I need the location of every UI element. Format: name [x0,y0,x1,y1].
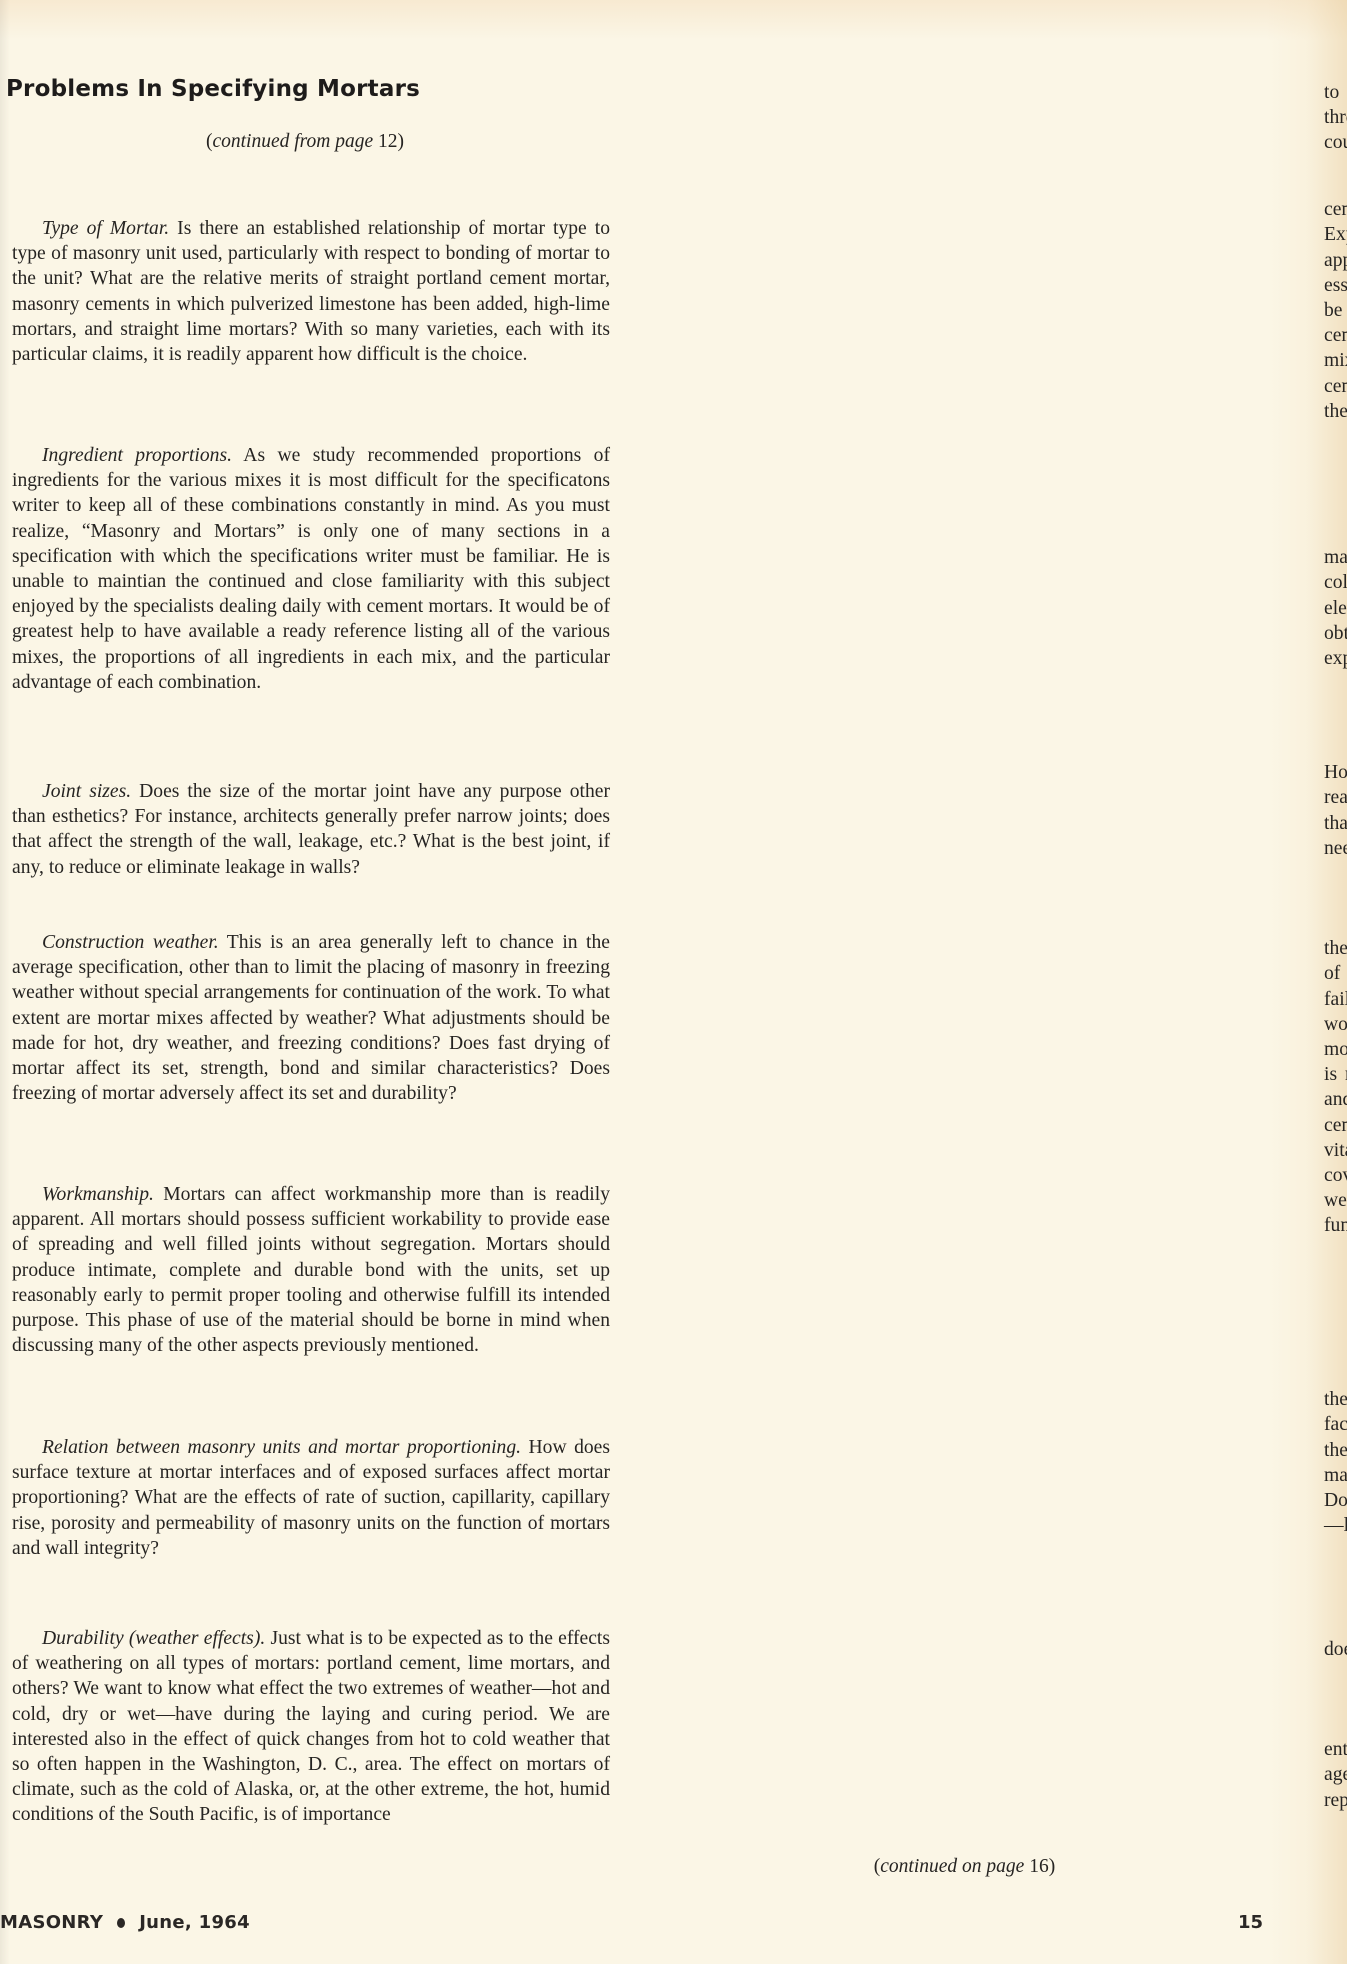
continued-from-note: (continued from page 12) [0,131,610,153]
paragraph-strength-tests: Information on strength tests. Compressi… [1324,1362,1347,1538]
paragraph-extensibility: Extensibility. Just how valuable is the … [1324,1612,1347,1662]
paragraph-leakproof-factors: Leakproof factors. We are aware that thi… [1324,911,1347,1239]
paren-close: ) [398,131,405,152]
article-title: Problems In Specifying Mortars [6,76,420,102]
paragraph-lead: Durability (weather effects). [42,1628,265,1649]
paragraph-lead: Workmanship. [42,1184,154,1205]
paragraph-type-of-mortar: Type of Mortar. Is there an established … [12,216,610,367]
paragraph-body: to us. As you realize, American construc… [1324,82,1347,153]
paragraph-body: Just how valuable is the characteristic … [1324,1614,1347,1660]
continued-on-note: (continued on page 16) [662,1856,1267,1878]
paragraph-joint-sizes: Joint sizes. Does the size of the mortar… [12,779,610,880]
paragraph-color-discoloration: Color and discoloration factors. What ar… [1324,520,1347,671]
footer-publication-line: MASONRY June, 1964 [0,1912,250,1933]
paragraph-ingredient-proportions: Ingredient proportions. As we study reco… [12,443,610,695]
paragraph-efflorescent-factors: Efflorescent factors. Just what is efflo… [1324,735,1347,861]
paragraph-lead: Relation between masonry units and morta… [42,1437,521,1458]
paragraph-lead: Type of Mortar. [42,218,169,239]
paragraph-continuation: to us. As you realize, American construc… [1324,80,1347,156]
paragraph-body: Just what is to be expected as to the ef… [12,1628,610,1825]
paragraph-body: Is there an established relationship of … [12,218,610,365]
paragraph-workmanship: Workmanship. Mortars can affect workmans… [12,1182,610,1358]
continued-from-label: continued from page [212,131,373,152]
publication-name: MASONRY [0,1912,103,1933]
paragraph-body: What is the value of such a test on the … [1324,174,1347,422]
page-number: 15 [1238,1912,1263,1933]
paragraph-lead: Construction weather. [42,932,219,953]
paragraph-lead: Ingredient proportions. [42,445,232,466]
paragraph-lead: Joint sizes. [42,781,131,802]
paragraph-body: Mortars can affect workmanship more than… [12,1184,610,1356]
continued-from-page: 12 [378,131,398,152]
paren-close: ) [1049,1856,1056,1877]
paragraph-body: What are the most accepted types of mate… [1324,522,1347,669]
continued-on-page: 16 [1029,1856,1049,1877]
paragraph-admixtures: Admixtures. In addition to the effects o… [1324,1712,1347,1813]
publication-date: June, 1964 [139,1912,250,1933]
paragraph-relation-units-mortar: Relation between masonry units and morta… [12,1435,610,1561]
paragraph-construction-weather: Construction weather. This is an area ge… [12,930,610,1106]
paragraph-body: This is an area generally left to chance… [12,932,610,1104]
paragraph-durability: Durability (weather effects). Just what … [12,1626,610,1828]
paragraph-body: Just what is efflorescence? What are its… [1324,737,1347,859]
paragraph-body: As we study recommended proportions of i… [12,445,610,693]
continued-on-label: continued on page [880,1856,1024,1877]
paragraph-body: We are aware that this condition depends… [1324,913,1347,1236]
bullet-icon [117,1918,125,1928]
paragraph-body: Compression, tension, shear—just what do… [1324,1364,1347,1536]
paragraph-autoclave-expansion: Autoclave expansion tests. What is the v… [1324,172,1347,424]
paragraph-body: In addition to the effects of water-repe… [1324,1714,1347,1811]
